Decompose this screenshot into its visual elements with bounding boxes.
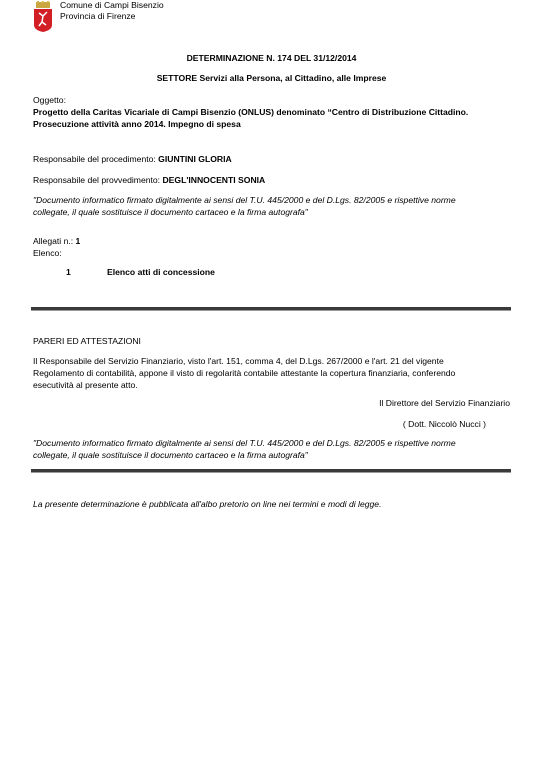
procedure-label: Responsabile del procedimento: xyxy=(33,154,156,164)
subject-block: Oggetto: Progetto della Caritas Vicarial… xyxy=(33,94,468,130)
sector-line: SETTORE Servizi alla Persona, al Cittadi… xyxy=(0,73,543,83)
attachments-count-label: Allegati n.: xyxy=(33,236,73,246)
municipality-header: Comune di Campi Bisenzio Provincia di Fi… xyxy=(60,0,164,22)
attachment-item-number: 1 xyxy=(66,267,71,277)
sector-name: Servizi alla Persona, al Cittadino, alle… xyxy=(200,73,387,83)
signature-note-line-1: "Documento informatico firmato digitalme… xyxy=(33,194,456,206)
opinions-line-1: Il Responsabile del Servizio Finanziario… xyxy=(33,355,455,367)
attachments-block: Allegati n.: 1 Elenco: xyxy=(33,235,80,259)
determination-title: DETERMINAZIONE N. 174 DEL 31/12/2014 xyxy=(0,53,543,63)
opinions-text: Il Responsabile del Servizio Finanziario… xyxy=(33,355,455,391)
section-divider xyxy=(31,307,511,311)
subject-line-2: Prosecuzione attività anno 2014. Impegno… xyxy=(33,118,468,130)
measure-label: Responsabile del provvedimento: xyxy=(33,175,160,185)
opinions-signature-line-2: collegate, il quale sostituisce il docum… xyxy=(33,449,456,461)
opinions-line-2: Regolamento di contabilità, appone il vi… xyxy=(33,367,455,379)
measure-responsible: Responsabile del provvedimento: DEGL'INN… xyxy=(33,175,265,185)
municipality-name: Comune di Campi Bisenzio xyxy=(60,0,164,11)
province-name: Provincia di Firenze xyxy=(60,11,164,22)
sector-label: SETTORE xyxy=(157,73,197,83)
opinions-line-3: esecutività al presente atto. xyxy=(33,379,455,391)
opinions-signature-line-1: "Documento informatico firmato digitalme… xyxy=(33,437,456,449)
measure-name: DEGL'INNOCENTI SONIA xyxy=(162,175,265,185)
attachment-item-title: Elenco atti di concessione xyxy=(107,267,215,277)
section-divider xyxy=(31,469,511,473)
director-title: Il Direttore del Servizio Finanziario xyxy=(379,398,510,408)
coat-of-arms-icon xyxy=(33,1,53,32)
subject-line-1: Progetto della Caritas Vicariale di Camp… xyxy=(33,106,468,118)
procedure-responsible: Responsabile del procedimento: GIUNTINI … xyxy=(33,154,232,164)
attachments-count: Allegati n.: 1 xyxy=(33,235,80,247)
procedure-name: GIUNTINI GLORIA xyxy=(158,154,232,164)
signature-note-line-2: collegate, il quale sostituisce il docum… xyxy=(33,206,456,218)
digital-signature-note: "Documento informatico firmato digitalme… xyxy=(33,194,456,218)
opinions-signature-note: "Documento informatico firmato digitalme… xyxy=(33,437,456,461)
director-name: ( Dott. Niccolò Nucci ) xyxy=(403,419,486,429)
opinions-heading: PARERI ED ATTESTAZIONI xyxy=(33,336,141,346)
attachments-count-value: 1 xyxy=(76,236,81,246)
publication-note: La presente determinazione è pubblicata … xyxy=(33,499,381,509)
attachments-list-label: Elenco: xyxy=(33,247,80,259)
subject-label: Oggetto: xyxy=(33,94,468,106)
